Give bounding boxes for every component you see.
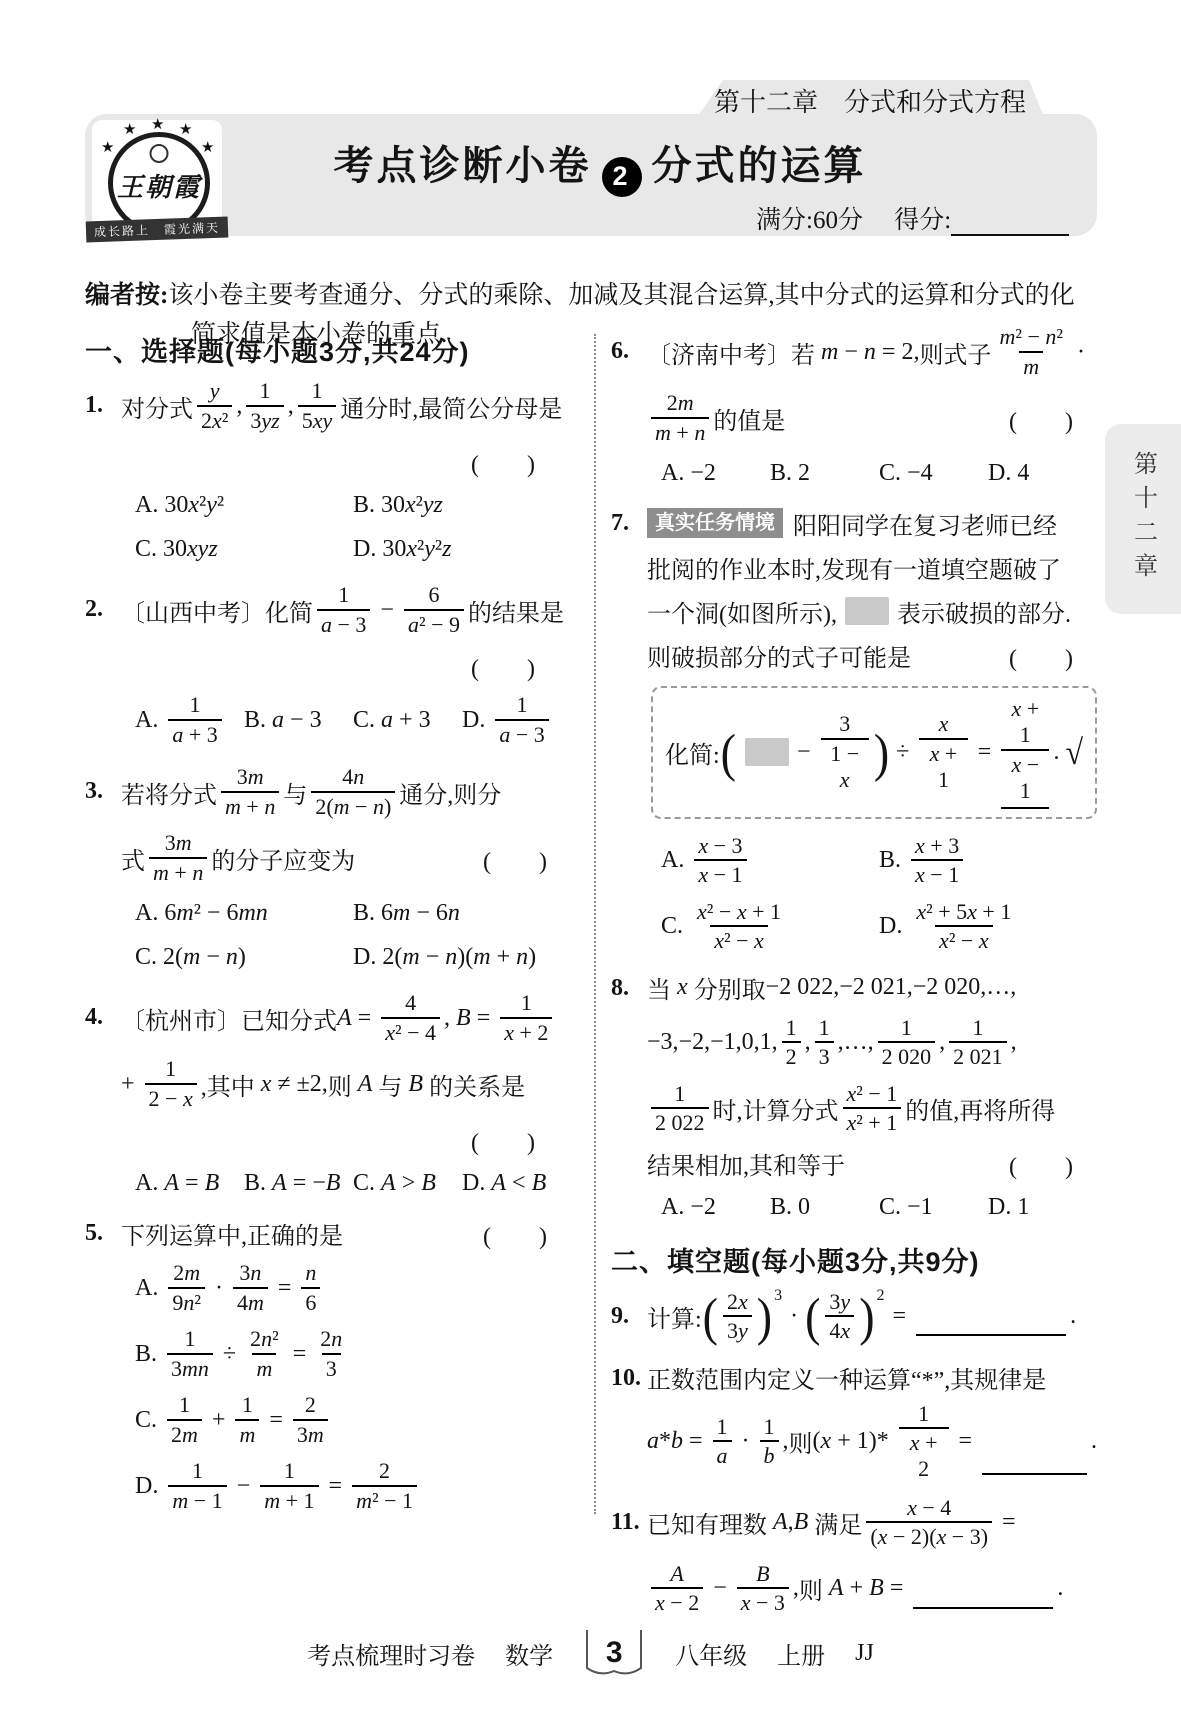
side-chapter-tab: 第十二章: [1105, 424, 1181, 614]
fraction-denominator: x − 1: [911, 859, 963, 888]
line-cell: 〔杭州市〕已知分式A = 4x² − 4, B = 1x + 2: [121, 990, 571, 1046]
fraction-numerator: 1: [188, 1458, 207, 1484]
text: 式: [121, 841, 145, 876]
fraction: x + 1x − 1: [1001, 696, 1049, 809]
line-cell: A. 30x²y²: [135, 492, 353, 519]
text: 的关系是: [429, 1067, 525, 1102]
line-cell: B. 2: [770, 460, 879, 487]
question-line: B. 13mn ÷ 2n²m = 2n3: [135, 1322, 571, 1386]
fraction: 1x + 2: [899, 1401, 949, 1483]
fraction-denominator: 3: [322, 1353, 341, 1382]
question-number: 10.: [611, 1365, 641, 1392]
fraction-numerator: 4: [401, 990, 420, 1016]
line-cell: B. 13mn ÷ 2n²m = 2n3: [135, 1326, 571, 1382]
fraction-numerator: x + 1: [1001, 696, 1049, 749]
fraction: x² − x + 1x² − x: [693, 899, 785, 955]
question-number: 4.: [85, 1004, 103, 1031]
question: 5.下列运算中,正确的是( )A. 2m9n² · 3n4m = n6B. 13…: [85, 1212, 571, 1518]
worksheet-page: { "page": { "chapter_tab": "第十二章 分式和分式方程…: [0, 0, 1181, 1730]
question: 11.已知有理数 A,B 满足x − 4(x − 2)(x − 3) =Ax −…: [611, 1491, 1097, 1621]
fraction: 2n3: [316, 1326, 346, 1382]
line-cell: 当 x 分别取−2 022,−2 021,−2 020,…,: [647, 970, 1097, 1005]
text: 若将分式: [121, 775, 217, 810]
math-text: ,: [1011, 1029, 1017, 1056]
exponent: 2: [877, 1287, 885, 1305]
question-line: 批阅的作业本时,发现有一道填空题破了: [647, 546, 1097, 588]
math-text: −: [374, 597, 400, 624]
question-number: 7.: [611, 510, 629, 537]
line-cell: ( ): [471, 648, 535, 683]
question-line: 则破损部分的式子可能是( ): [647, 634, 1097, 676]
question-number: 8.: [611, 975, 629, 1002]
fraction-numerator: 1: [280, 1458, 299, 1484]
math-text: ( ): [471, 1122, 535, 1157]
question-line: 〔杭州市〕已知分式A = 4x² − 4, B = 1x + 2: [121, 986, 571, 1050]
line-cell: A. 1a + 3: [135, 692, 244, 748]
math-text: .: [1091, 1428, 1097, 1455]
math-text: .: [1053, 739, 1059, 766]
text: 阳阳同学在复习老师已经: [793, 506, 1057, 541]
fraction-denominator: m + n: [149, 857, 207, 886]
math-text: =: [263, 1407, 289, 1434]
question-line: A. 30x²y²B. 30x²yz: [135, 484, 571, 526]
math-text: D. A < B: [462, 1170, 546, 1197]
math-text: ÷: [890, 739, 915, 766]
line-cell: 结果相加,其和等于( ): [647, 1146, 1097, 1181]
line-cell: D. 4: [988, 460, 1097, 487]
star-icon: [179, 123, 192, 138]
math-text: A.: [135, 1275, 164, 1302]
fraction: y2x²: [197, 378, 232, 434]
line-cell: 12 022时,计算分式x² − 1x² + 1的值,再将所得: [647, 1081, 1097, 1137]
line-cell: A. −2: [661, 1194, 770, 1221]
question: 4.〔杭州市〕已知分式A = 4x² − 4, B = 1x + 2+ 12 −…: [85, 986, 571, 1204]
line-cell: 真实任务情境阳阳同学在复习老师已经: [647, 506, 1097, 541]
answer-paren: ( ): [1009, 638, 1073, 673]
fraction-denominator: 4x: [825, 1315, 854, 1344]
text: 时,计算分式: [713, 1091, 839, 1126]
math-text: D. 1: [988, 1194, 1029, 1221]
fraction-numerator: 1: [815, 1015, 834, 1041]
question-line: ( ): [121, 644, 571, 686]
fraction-numerator: 1: [782, 1015, 801, 1041]
text: 下列运算中,正确的是: [121, 1216, 343, 1251]
line-cell: 批阅的作业本时,发现有一道填空题破了: [647, 550, 1097, 585]
footer-page-book-icon: 3: [583, 1628, 645, 1678]
fraction-numerator: 2n²: [246, 1326, 283, 1352]
math-text: C. 2(m − n): [135, 944, 246, 971]
math-text: −: [707, 1575, 733, 1602]
fraction-denominator: 3: [815, 1041, 834, 1070]
fraction: 1m + 1: [260, 1458, 318, 1514]
math-text: B. 2: [770, 460, 810, 487]
footer-edition: JJ: [855, 1640, 874, 1667]
score-earned-label: 得分:: [894, 207, 951, 234]
page-title-prefix: 考点诊断小卷: [334, 144, 592, 188]
text: 正数范围内定义一种运算“*”,其规律是: [647, 1360, 1046, 1395]
column-divider: [594, 334, 596, 1514]
fraction-numerator: 2x: [723, 1289, 752, 1315]
fraction-numerator: x − 3: [694, 833, 746, 859]
math-text: A: [352, 1071, 379, 1098]
text: 则: [799, 1571, 823, 1606]
score-blank: [951, 210, 1069, 236]
fraction-numerator: y: [206, 378, 224, 404]
star-icon: [123, 123, 136, 138]
math-text: ,: [236, 393, 242, 420]
text: 批阅的作业本时,发现有一道填空题破了: [647, 550, 1061, 585]
question: 1.对分式y2x²,13yz,15xy通分时,最简公分母是( )A. 30x²y…: [85, 374, 571, 570]
fraction-numerator: 6: [424, 582, 443, 608]
fraction-numerator: 1: [334, 582, 353, 608]
line-cell: B. a − 3: [244, 707, 353, 734]
math-text: ·: [784, 1303, 804, 1330]
math-text: −3,−2,−1,0,1,: [647, 1029, 778, 1056]
fraction: n6: [301, 1260, 320, 1316]
fraction: 2m² − 1: [352, 1458, 417, 1514]
fraction: x − 4(x − 2)(x − 3): [866, 1495, 992, 1551]
text: 通分时,最简公分母是: [340, 389, 562, 424]
math-text: C. a + 3: [353, 707, 431, 734]
footer: 考点梳理时习卷 数学 3 八年级 上册 JJ: [0, 1628, 1181, 1678]
fraction: 1a − 3: [495, 692, 548, 748]
line-cell: + 12 − x,其中 x ≠ ±2,则 A 与 B 的关系是: [121, 1056, 571, 1112]
fraction-numerator: 1: [180, 1326, 199, 1352]
text: 分别取: [694, 970, 766, 1005]
fraction-denominator: x² − x: [710, 925, 768, 954]
fraction: 13: [815, 1015, 834, 1071]
line-cell: C. −1: [879, 1194, 988, 1221]
line-cell: Ax − 2 − Bx − 3,则 A + B = .: [647, 1561, 1097, 1617]
fraction-numerator: 3: [835, 711, 854, 737]
text: 与: [283, 775, 307, 810]
big-paren: (: [721, 728, 736, 776]
fraction-denominator: m − 1: [168, 1485, 226, 1514]
line-cell: 则破损部分的式子可能是( ): [647, 638, 1097, 673]
question-line: 结果相加,其和等于( ): [647, 1143, 1097, 1185]
math-text: ,: [805, 1029, 811, 1056]
fraction-numerator: 2n: [316, 1326, 346, 1352]
line-cell: 计算:(2x3y)3 · (3y4x)2 = .: [647, 1289, 1097, 1345]
fraction: 12m: [167, 1392, 202, 1448]
math-text: A + B =: [823, 1575, 909, 1602]
fraction-denominator: 2(m − n): [311, 791, 395, 820]
fraction-numerator: 4n: [338, 764, 368, 790]
fraction-numerator: x² − x + 1: [693, 899, 785, 925]
footer-grade: 八年级: [675, 1636, 747, 1671]
fraction-denominator: 2x²: [197, 405, 232, 434]
fraction: 1a + 3: [168, 692, 221, 748]
math-text: ÷: [217, 1341, 242, 1368]
text: 的值,再将所得: [905, 1091, 1055, 1126]
fraction-numerator: 1: [517, 990, 536, 1016]
fraction: 15xy: [298, 378, 337, 434]
text: 通分,则分: [399, 775, 501, 810]
fraction-denominator: x² − x: [935, 925, 993, 954]
question-line: 12 022时,计算分式x² − 1x² + 1的值,再将所得: [647, 1077, 1097, 1141]
math-text: C. −1: [879, 1194, 933, 1221]
math-text: A =: [337, 1005, 377, 1032]
line-cell: −3,−2,−1,0,1,12,13,…,12 020,12 021,: [647, 1015, 1097, 1071]
line-cell: D. A < B: [462, 1170, 571, 1197]
score-line: 满分:60分 得分:: [756, 200, 1069, 236]
fraction-numerator: 1: [760, 1414, 779, 1440]
fraction: 1b: [760, 1414, 779, 1470]
blank-line: [916, 1306, 1066, 1336]
fraction-numerator: B: [752, 1561, 773, 1587]
text: 〔杭州市〕已知分式: [121, 1001, 337, 1036]
fraction: 2m9n²: [168, 1260, 205, 1316]
fraction-numerator: A: [666, 1561, 687, 1587]
fraction-numerator: 3m: [233, 764, 268, 790]
footer-series: 考点梳理时习卷: [307, 1636, 475, 1671]
fraction: m² − n²m: [995, 324, 1067, 380]
fraction-numerator: 1: [186, 692, 205, 718]
text: 对分式: [121, 389, 193, 424]
question-line: 2mm + n的值是( ): [647, 386, 1097, 450]
big-paren: ): [859, 1293, 874, 1341]
line-cell: 〔济南中考〕若 m − n = 2,则式子m² − n²m ·: [647, 324, 1097, 380]
question-line: 若将分式3mm + n与4n2(m − n)通分,则分: [121, 760, 571, 824]
fraction-numerator: 2: [301, 1392, 320, 1418]
blank-line: [913, 1579, 1053, 1609]
text: 计算:: [647, 1299, 702, 1334]
question-line: 一个洞(如图所示),表示破损的部分.: [647, 590, 1097, 632]
star-icon: [151, 118, 164, 133]
math-text: +: [121, 1071, 141, 1098]
fraction: 4x² − 4: [381, 990, 440, 1046]
text: 结果相加,其和等于: [647, 1146, 845, 1181]
fraction-denominator: 2 020: [878, 1041, 936, 1070]
question-line: A. −2B. 0C. −1D. 1: [661, 1187, 1097, 1229]
task-badge: 真实任务情境: [647, 508, 783, 538]
line-cell: D. x² + 5x + 1x² − x: [879, 899, 1097, 955]
line-cell: C. 30xyz: [135, 536, 353, 563]
brand-logo: 王朝霞 成长路上 霞光满天: [92, 120, 222, 240]
fraction: 4n2(m − n): [311, 764, 395, 820]
fraction-denominator: 4m: [233, 1287, 268, 1316]
footer-page-number: 3: [606, 1636, 623, 1670]
question: 3.若将分式3mm + n与4n2(m − n)通分,则分式3mm + n的分子…: [85, 760, 571, 978]
math-text: B. A = −B: [244, 1170, 340, 1197]
text: 当: [647, 970, 671, 1005]
fraction: 13yz: [246, 378, 283, 434]
fraction-denominator: a + 3: [168, 719, 221, 748]
math-text: C.: [661, 913, 689, 940]
fraction-numerator: 1: [175, 1392, 194, 1418]
answer-paren: ( ): [1009, 1146, 1073, 1181]
line-cell: C. 2(m − n): [135, 944, 353, 971]
math-text: A. −2: [661, 460, 716, 487]
math-text: +: [206, 1407, 232, 1434]
column-right: 6.〔济南中考〕若 m − n = 2,则式子m² − n²m ·2mm + n…: [611, 318, 1097, 1629]
line-cell: C. A > B: [353, 1170, 462, 1197]
fraction-denominator: x + 2: [899, 1427, 949, 1483]
text: 的分子应变为: [211, 841, 355, 876]
chapter-tab-label: 第十二章 分式和分式方程: [714, 82, 1026, 119]
fraction: 1x + 2: [500, 990, 552, 1046]
math-text: B.: [879, 847, 907, 874]
fraction: Ax − 2: [651, 1561, 703, 1617]
fraction-denominator: 3m: [293, 1419, 328, 1448]
portrait-icon: [150, 144, 169, 163]
fraction-denominator: x − 1: [694, 859, 746, 888]
line-cell: B. 0: [770, 1194, 879, 1221]
fraction: 12 021: [949, 1015, 1007, 1071]
question-line: ( ): [121, 1118, 571, 1160]
fraction: x² − 1x² + 1: [843, 1081, 902, 1137]
question-number: 3.: [85, 778, 103, 805]
fraction-numerator: 3n: [235, 1260, 265, 1286]
blank-line: [982, 1445, 1087, 1475]
question: 9.计算:(2x3y)3 · (3y4x)2 = .: [611, 1285, 1097, 1349]
text: 已知有理数: [647, 1505, 767, 1540]
text: 一个洞(如图所示),: [647, 594, 837, 629]
column-left: 一、选择题(每小题3分,共24分)1.对分式y2x²,13yz,15xy通分时,…: [85, 326, 571, 1526]
math-text: D.: [135, 1473, 164, 1500]
fraction: 12: [782, 1015, 801, 1071]
line-cell: D. 2(m − n)(m + n): [353, 944, 571, 971]
fraction-numerator: 2m: [169, 1260, 204, 1286]
math-text: =: [272, 1275, 298, 1302]
fraction-numerator: 1: [238, 1392, 257, 1418]
line-cell: B. x + 3x − 1: [879, 833, 1097, 889]
fraction-denominator: 3mn: [167, 1353, 213, 1382]
fraction: 12 020: [878, 1015, 936, 1071]
line-cell: B. A = −B: [244, 1170, 353, 1197]
answer-paren: ( ): [483, 841, 547, 876]
answer-paren: ( ): [1009, 401, 1073, 436]
logo-brand-name: 王朝霞: [113, 167, 205, 204]
math-text: ,: [939, 1029, 945, 1056]
question-line: C. 12m + 1m = 23m: [135, 1388, 571, 1452]
math-text: x ≠ ±2,: [255, 1071, 328, 1098]
damaged-hole-box: [845, 597, 889, 625]
fraction-denominator: 2: [782, 1041, 801, 1070]
question-line: 正数范围内定义一种运算“*”,其规律是: [647, 1357, 1097, 1399]
fraction: Bx − 3: [737, 1561, 789, 1617]
line-cell: A. A = B: [135, 1170, 244, 1197]
line-cell: A. −2: [661, 460, 770, 487]
line-cell: C. 12m + 1m = 23m: [135, 1392, 571, 1448]
big-paren: (: [703, 1293, 718, 1341]
question-line: A. x − 3x − 1B. x + 3x − 1: [661, 829, 1097, 893]
math-text: m − n = 2,: [815, 339, 919, 366]
fraction: 3mm + n: [149, 830, 207, 886]
math-text: A,B: [767, 1509, 814, 1536]
title-circle-number: 2: [602, 157, 642, 197]
line-cell: 式3mm + n的分子应变为( ): [121, 830, 571, 886]
math-text: x: [671, 974, 694, 1001]
star-icon: [201, 141, 214, 156]
fraction: 2x3y: [723, 1289, 752, 1345]
line-cell: A. 6m² − 6mn: [135, 900, 353, 927]
fraction-numerator: m² − n²: [995, 324, 1067, 350]
math-text: C.: [135, 1407, 163, 1434]
editor-note-label: 编者按:: [85, 282, 168, 309]
text: 的值是: [713, 401, 785, 436]
question-line: 式3mm + n的分子应变为( ): [121, 826, 571, 890]
question-line: 真实任务情境阳阳同学在复习老师已经: [647, 502, 1097, 544]
page-title: 考点诊断小卷2分式的运算: [250, 134, 950, 197]
big-paren: ): [757, 1293, 772, 1341]
fraction-denominator: 2 021: [949, 1041, 1007, 1070]
line-cell: ( ): [471, 444, 535, 479]
question-number: 2.: [85, 596, 103, 623]
fraction: xx + 1: [919, 711, 967, 793]
math-text: D.: [879, 913, 908, 940]
text: 化简:: [665, 735, 720, 770]
text: 的结果是: [468, 593, 564, 628]
math-text: A. −2: [661, 1194, 716, 1221]
damaged-hole-box: [745, 738, 789, 766]
fraction-numerator: 2m: [663, 390, 698, 416]
math-text: =: [996, 1509, 1016, 1536]
fraction-denominator: m + n: [221, 791, 279, 820]
fraction: 2mm + n: [651, 390, 709, 446]
question: 6.〔济南中考〕若 m − n = 2,则式子m² − n²m ·2mm + n…: [611, 320, 1097, 494]
text: 则式子: [919, 335, 991, 370]
fraction: 1m − 1: [168, 1458, 226, 1514]
question: 10.正数范围内定义一种运算“*”,其规律是a*b = 1a · 1b,则(x …: [611, 1357, 1097, 1483]
math-text: B. 6m − 6n: [353, 900, 460, 927]
fraction-numerator: 1: [513, 692, 532, 718]
math-text: ,…,: [838, 1029, 874, 1056]
math-text: D. 2(m − n)(m + n): [353, 944, 536, 971]
question-line: 下列运算中,正确的是( ): [121, 1212, 571, 1254]
fraction-denominator: 2 − x: [145, 1083, 197, 1112]
question-line: 当 x 分别取−2 022,−2 021,−2 020,…,: [647, 967, 1097, 1009]
math-text: a*b =: [647, 1428, 709, 1455]
fraction-denominator: a: [713, 1440, 732, 1469]
question-line: A. A = BB. A = −BC. A > BD. A < B: [135, 1162, 571, 1204]
math-text: A. 30x²y²: [135, 492, 224, 519]
math-text: A. A = B: [135, 1170, 219, 1197]
line-cell: 一个洞(如图所示),表示破损的部分.: [647, 594, 1097, 629]
question: 8.当 x 分别取−2 022,−2 021,−2 020,…,−3,−2,−1…: [611, 967, 1097, 1229]
question-line: C. 30xyzD. 30x²y²z: [135, 528, 571, 570]
fraction-denominator: 6: [301, 1287, 320, 1316]
line-cell: 2mm + n的值是( ): [647, 390, 1097, 446]
math-text: C. 30xyz: [135, 536, 218, 563]
fraction-denominator: a² − 9: [404, 609, 464, 638]
fraction: 13mn: [167, 1326, 213, 1382]
fraction-numerator: x² − 1: [843, 1081, 902, 1107]
question-line: −3,−2,−1,0,1,12,13,…,12 020,12 021,: [647, 1011, 1097, 1075]
question-number: 5.: [85, 1220, 103, 1247]
fraction-numerator: x − 4: [903, 1495, 955, 1521]
section-heading: 一、选择题(每小题3分,共24分): [85, 326, 571, 372]
fraction-numerator: x + 3: [911, 833, 963, 859]
line-cell: 下列运算中,正确的是( ): [121, 1216, 571, 1251]
fraction: 2n²m: [246, 1326, 283, 1382]
fraction: 1a − 3: [317, 582, 370, 638]
line-cell: A. 2m9n² · 3n4m = n6: [135, 1260, 571, 1316]
fraction-denominator: x² + 1: [843, 1107, 902, 1136]
question-line: ( ): [121, 440, 571, 482]
math-text: B: [402, 1071, 429, 1098]
fraction: 31 − x: [821, 711, 869, 793]
fraction-denominator: m + 1: [260, 1485, 318, 1514]
math-text: =: [972, 739, 998, 766]
question-line: 化简:(− 31 − x) ÷ xx + 1 = x + 1x − 1.√: [651, 686, 1097, 819]
fraction-denominator: (x − 2)(x − 3): [866, 1521, 992, 1550]
text: 与: [378, 1067, 402, 1102]
line-cell: D. 1a − 3: [462, 692, 571, 748]
line-cell: C. a + 3: [353, 707, 462, 734]
question-line: Ax − 2 − Bx − 3,则 A + B = .: [647, 1557, 1097, 1621]
fraction-numerator: 1: [713, 1414, 732, 1440]
